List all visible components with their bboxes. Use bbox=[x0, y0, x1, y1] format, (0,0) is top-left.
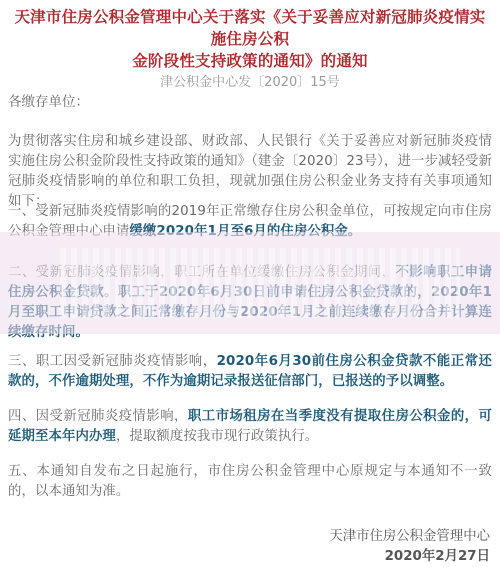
issue-date: 2020年2月27日 bbox=[329, 547, 490, 567]
notice-document: 天津市住房公积金管理中心关于落实《关于妥善应对新冠肺炎疫情实施住房公积 金阶段性… bbox=[0, 6, 500, 93]
section-5: 五、本通知自发布之日起施行，市住房公积金管理中心原规定与本通知不一致的，以本通知… bbox=[8, 462, 492, 502]
issuer-name: 天津市住房公积金管理中心 bbox=[329, 527, 490, 547]
section-2: 二、受新冠肺炎疫情影响，职工所在单位缓缴住房公积金期间，不影响职工申请住房公积金… bbox=[8, 263, 492, 343]
document-number: 津公积金中心发〔2020〕15号 bbox=[8, 73, 492, 93]
section-3-text: 三、职工因受新冠肺炎疫情影响， bbox=[8, 354, 217, 369]
document-title: 天津市住房公积金管理中心关于落实《关于妥善应对新冠肺炎疫情实施住房公积 金阶段性… bbox=[8, 6, 492, 72]
section-4: 四、因受新冠肺炎疫情影响，职工市场租房在当季度没有提取住房公积金的，可延期至本年… bbox=[8, 407, 492, 447]
section-2-text: 二、受新冠肺炎疫情影响，职工所在单位缓缴住房公积金期间， bbox=[8, 265, 395, 280]
section-1: 一、受新冠肺炎疫情影响的2019年正常缴存住房公积金单位，可按规定向市住房公积金… bbox=[8, 202, 492, 242]
section-3: 三、职工因受新冠肺炎疫情影响，2020年6月30前住房公积金贷款不能正常还款的，… bbox=[8, 352, 492, 392]
section-4-tail: ，提取额度按我市现行政策执行。 bbox=[116, 429, 318, 444]
intro-paragraph: 为贯彻落实住房和城乡建设部、财政部、人民银行《关于妥善应对新冠肺炎疫情实施住房公… bbox=[8, 132, 492, 212]
signature-block: 天津市住房公积金管理中心 2020年2月27日 bbox=[329, 527, 490, 567]
section-4-text: 四、因受新冠肺炎疫情影响， bbox=[8, 409, 188, 424]
title-line-2: 金阶段性支持政策的通知》的通知 bbox=[8, 50, 492, 72]
salutation: 各缴存单位： bbox=[8, 93, 89, 113]
title-line-1: 天津市住房公积金管理中心关于落实《关于妥善应对新冠肺炎疫情实施住房公积 bbox=[8, 6, 492, 50]
section-1-emphasis: 缓缴2020年1月至6月的住房公积金。 bbox=[129, 224, 361, 239]
